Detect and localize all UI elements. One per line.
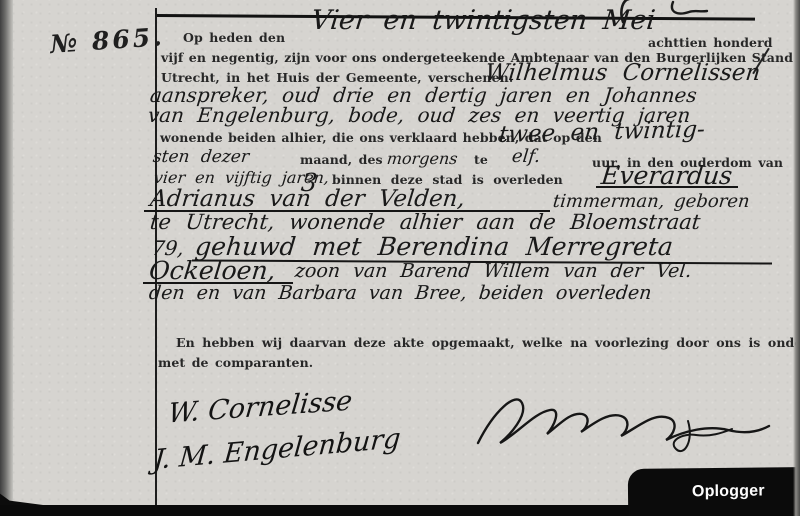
printed-text: te — [474, 154, 488, 167]
handwritten-line: twee en twintig- — [498, 119, 706, 147]
death-certificate-scan: № 865. Op heden den Vier en twintigsten … — [0, 0, 800, 516]
handwritten-deceased-name: Adrianus van der Velden, — [149, 188, 466, 211]
handwritten-declarant-1: Wilhelmus Cornelissen — [484, 62, 761, 85]
printed-text: maand, des — [300, 154, 383, 167]
printed-text: Op heden den — [183, 32, 285, 45]
signature-cornelisse: W. Cornelisse — [167, 387, 354, 427]
handwritten-date: Vier en twintigsten Mei — [310, 7, 657, 34]
registrar-signature — [470, 383, 780, 461]
signature-engelenburg: J. M. Engelenburg — [152, 425, 401, 474]
scan-right-edge — [793, 0, 800, 516]
watermark-block: Oplogger — [628, 467, 800, 516]
handwritten-hour: elf. — [511, 148, 541, 166]
printed-text: achttien honderd — [648, 37, 773, 50]
printed-closing: En hebben wij daarvan deze akte opgemaak… — [176, 337, 800, 350]
watermark-label: Oplogger — [692, 482, 765, 501]
handwritten-parents: zoon van Barend Willem van der Vel. — [294, 262, 692, 281]
handwritten-parents-2: den en van Barbara van Bree, beiden over… — [148, 284, 652, 303]
printed-closing: met de comparanten. — [158, 357, 313, 370]
act-number: № 865. — [49, 22, 166, 59]
handwritten-line: aanspreker, oud drie en dertig jaren en … — [149, 85, 698, 105]
handwritten-deceased-firstname: Everardus — [600, 163, 734, 188]
handwritten-line: sten dezer — [152, 149, 250, 166]
handwritten-housenumber: 79, — [151, 238, 185, 258]
printed-text: binnen deze stad is overleden — [332, 174, 563, 187]
handwritten-spouse-surname: Ockeloen, — [148, 258, 277, 283]
handwritten-occupation: timmerman, geboren — [552, 193, 751, 211]
scan-left-edge — [0, 0, 13, 516]
handwritten-address: te Utrecht, wonende alhier aan de Bloems… — [149, 212, 701, 233]
underline-everardus — [596, 186, 738, 188]
handwritten-time-part: morgens — [386, 151, 458, 167]
